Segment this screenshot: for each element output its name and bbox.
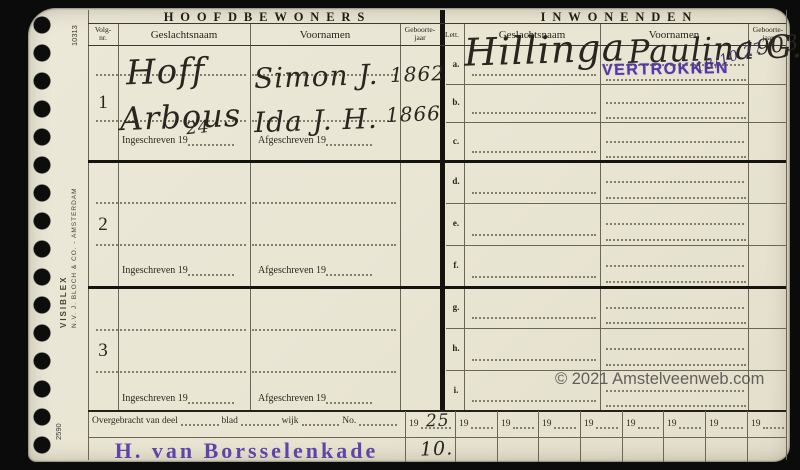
write-line [606,348,744,350]
write-line [96,244,246,246]
house-number-entry: 10. [420,437,454,460]
dotted-leader [188,393,234,404]
afgeschreven-line: Afgeschreven 19 [258,393,372,404]
ingeschreven-label: Ingeschreven 19 [122,393,188,404]
year-prefix: 19 [459,419,469,429]
write-line [606,156,746,158]
register-card: 10313 VISIBLEX N.V. J. BLOCH & CO. - AMS… [28,8,790,462]
form-number-bottom: 2590 [54,406,63,440]
inwonenden-row-e: e. [440,203,788,245]
year-cell: 19 [626,416,659,429]
write-line [472,317,596,319]
hoofdbewoners-title: HOOFDBEWONERS [88,10,440,23]
dotted-leader [181,416,219,426]
col-volgnr: Volg- nr. [88,26,118,42]
col-geboortejaar-left: Geboorte- jaar [400,26,440,42]
col-geslachtsnaam-left: Geslachtsnaam [118,29,250,41]
write-line [606,181,744,183]
write-line [472,400,596,402]
inwonenden-row-c: c. [440,122,788,161]
inwonenden-row-d: d. [440,161,788,203]
write-line [472,192,596,194]
dotted-leader [471,419,494,429]
year-cell: 19 [667,416,701,429]
write-line [606,405,746,407]
scanned-photo: { "margin": { "top_number": "10313", "pr… [0,0,800,470]
write-line [472,276,596,278]
row-letter: a. [446,59,466,69]
write-line [96,371,246,373]
ingeschreven-label: Ingeschreven 19 [122,265,188,276]
afgeschreven-line: Afgeschreven 19 [258,265,372,276]
wijk-label: wijk [282,416,299,426]
write-line [606,390,744,392]
year-prefix: 19 [501,419,511,429]
write-line [472,359,596,361]
dotted-leader [241,416,279,426]
write-line [606,265,744,267]
year-prefix: 19 [584,419,594,429]
dotted-leader [679,419,702,429]
afgeschreven-label: Afgeschreven 19 [258,393,326,404]
punch-holes [32,11,52,459]
ingeschreven-line: Ingeschreven 19 [122,393,234,404]
write-line [472,151,596,153]
address-stamp: H. van Borsselenkade [90,438,403,464]
row-letter: b. [446,97,466,107]
year-cell: 19 [584,416,618,429]
inwonenden-row-b: b. [440,84,788,122]
grid-line [622,411,623,462]
year-cell: 19 [751,416,784,429]
dotted-leader [638,419,660,429]
firstname-entry: Simon J. [253,58,379,95]
grid-line [580,411,581,462]
grid-line [118,23,119,411]
grid-line [538,411,539,462]
overgebracht-label: Overgebracht van deel [92,416,178,426]
write-line [606,197,746,199]
row-letter: g. [446,302,466,312]
col-lett: Lett. [440,31,464,39]
block-number: 3 [88,340,118,362]
surname-entry: Arbous [119,96,241,138]
write-line [96,202,246,204]
dotted-leader [721,419,744,429]
block-number: 1 [88,92,118,114]
printer-name: VISIBLEX [59,158,68,328]
write-line [606,322,746,324]
afgeschreven-label: Afgeschreven 19 [258,265,326,276]
row-letter: e. [446,218,466,228]
transfer-year-entry: 25 [426,411,450,432]
year-cell: 19 [709,416,743,429]
row-letter: c. [446,136,466,146]
blad-label: blad [222,416,238,426]
dotted-leader [763,419,785,429]
dotted-leader [188,265,234,276]
inwonenden-title: INWONENDEN [446,10,786,23]
write-line [606,307,744,309]
copyright-watermark: © 2021 Amstelveenweb.com [555,370,764,389]
write-line [252,244,396,246]
write-line [252,371,396,373]
birthyear-entry: 1862 [390,61,446,87]
grid-line [705,411,706,462]
inwonenden-row-g: g. [440,287,788,328]
write-line [606,102,744,104]
row-letter: d. [446,176,466,186]
dotted-leader [302,416,340,426]
dotted-leader [326,393,372,404]
write-line [606,117,746,119]
surname-entry: Hoff [125,51,206,94]
year-prefix: 19 [409,419,419,429]
grid-line [747,411,748,462]
year-cell: 19 [501,416,534,429]
write-line [472,112,596,114]
inwonenden-row-f: f. [440,245,788,287]
write-line [606,141,744,143]
row-letter: f. [446,260,466,270]
write-line [96,329,246,331]
dotted-leader [554,419,577,429]
write-line [606,364,746,366]
year-prefix: 19 [709,419,719,429]
year-prefix: 19 [626,419,636,429]
overgebracht-line: Overgebracht van deel blad wijk No. [92,416,400,426]
year-cell: 19 [459,416,493,429]
form-number-top: 10313 [70,10,79,46]
firstname-entry: Ida J. H. [253,102,378,139]
grid-line [497,411,498,462]
year-prefix: 19 [542,419,552,429]
write-line [606,239,746,241]
write-line [472,234,596,236]
inwonenden-row-h: h. [440,328,788,370]
block-number: 2 [88,214,118,236]
write-line [472,74,596,76]
dotted-leader [326,265,372,276]
grid-line [455,411,456,462]
grid-line [250,23,251,411]
printer-company: N.V. J. BLOCH & CO. - AMSTERDAM [71,158,78,328]
dotted-leader [513,419,535,429]
birthyear-entry: 1866 [386,101,442,127]
row-letter: i. [446,385,466,395]
write-line [252,329,396,331]
dotted-leader [359,416,397,426]
write-line [606,281,746,283]
ingeschreven-year-entry: 24 [185,117,211,139]
printer-imprint: VISIBLEX N.V. J. BLOCH & CO. - AMSTERDAM [59,158,78,328]
write-line [252,202,396,204]
no-label: No. [342,416,356,426]
year-prefix: 19 [667,419,677,429]
write-line [606,223,744,225]
dotted-leader [596,419,619,429]
row-letter: h. [446,343,466,353]
grid-line [405,411,406,462]
dotted-leader [326,135,372,146]
col-voornamen-left: Voornamen [250,29,400,41]
grid-line [663,411,664,462]
year-prefix: 19 [751,419,761,429]
ingeschreven-line: Ingeschreven 19 [122,265,234,276]
year-cell: 19 [542,416,576,429]
